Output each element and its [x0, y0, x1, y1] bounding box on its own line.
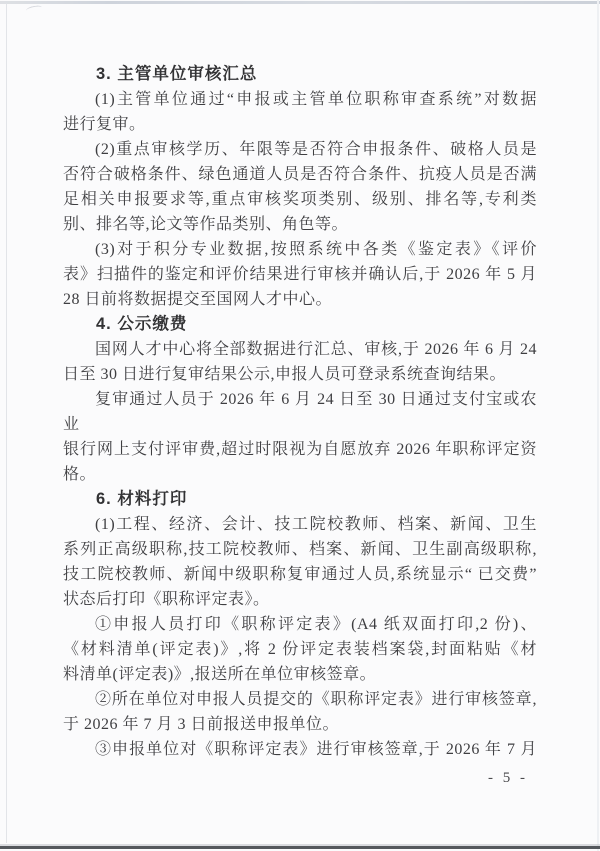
paragraph: (3)对于积分专业数据,按照系统中各类《鉴定表》《评价表》扫描件的鉴定和评价结果…: [63, 237, 537, 312]
text-line: (2)重点审核学历、年限等是否符合申报条件、破格人员是: [63, 137, 537, 162]
scan-edge-top: [0, 1, 600, 4]
page-number: - 5 -: [488, 770, 528, 787]
scan-edge-bottom: [0, 846, 600, 849]
text-line: 于 2026 年 7 月 3 日前报送申报单位。: [63, 712, 537, 737]
text-line: 足相关申报要求等,重点审核奖项类别、级别、排名等,专利类: [63, 187, 537, 212]
text-line: 系列正高级职称,技工院校教师、档案、新闻、卫生副高级职称,: [63, 537, 537, 562]
paragraph: (2)重点审核学历、年限等是否符合申报条件、破格人员是否符合破格条件、绿色通道人…: [63, 137, 537, 237]
section-heading: 4. 公示缴费: [63, 312, 537, 337]
text-line: 28 日前将数据提交至国网人才中心。: [63, 287, 537, 312]
text-line: 3. 主管单位审核汇总: [63, 62, 537, 87]
scan-edge-left: [6, 3, 7, 843]
text-line: 《材料清单(评定表)》,将 2 份评定表装档案袋,封面粘贴《材: [63, 637, 537, 662]
text-line: 表》扫描件的鉴定和评价结果进行审核并确认后,于 2026 年 5 月: [63, 262, 537, 287]
text-line: 料清单(评定表)》,报送所在单位审核签章。: [63, 662, 537, 687]
text-line: 进行复审。: [63, 112, 537, 137]
section-heading: 3. 主管单位审核汇总: [63, 62, 537, 87]
section-heading: 6. 材料打印: [63, 487, 537, 512]
text-line: ②所在单位对申报人员提交的《职称评定表》进行审核签章,: [63, 687, 537, 712]
paragraph: (1)主管单位通过“申报或主管单位职称审查系统”对数据进行复审。: [63, 87, 537, 137]
text-line: 别、排名等,论文等作品类别、角色等。: [63, 212, 537, 237]
scan-corner-mark: [26, 5, 43, 13]
text-line: 状态后打印《职称评定表》。: [63, 587, 537, 612]
paragraph: (1)工程、经济、会计、技工院校教师、档案、新闻、卫生系列正高级职称,技工院校教…: [63, 512, 537, 612]
scan-edge-right: [597, 0, 599, 851]
text-line: 日至 30 日进行复审结果公示,申报人员可登录系统查询结果。: [63, 362, 537, 387]
text-line: (3)对于积分专业数据,按照系统中各类《鉴定表》《评价: [63, 237, 537, 262]
text-line: 复审通过人员于 2026 年 6 月 24 日至 30 日通过支付宝或农业: [63, 387, 537, 437]
text-line: ①申报人员打印《职称评定表》(A4 纸双面打印,2 份)、: [63, 612, 537, 637]
document-body: 3. 主管单位审核汇总(1)主管单位通过“申报或主管单位职称审查系统”对数据进行…: [63, 62, 537, 762]
text-line: 技工院校教师、新闻中级职称复审通过人员,系统显示“ 已交费”: [63, 562, 537, 587]
text-line: 国网人才中心将全部数据进行汇总、审核,于 2026 年 6 月 24: [63, 337, 537, 362]
text-line: 格。: [63, 462, 537, 487]
scanned-document-page: 3. 主管单位审核汇总(1)主管单位通过“申报或主管单位职称审查系统”对数据进行…: [0, 0, 600, 851]
paragraph: ①申报人员打印《职称评定表》(A4 纸双面打印,2 份)、《材料清单(评定表)》…: [63, 612, 537, 687]
paragraph: 复审通过人员于 2026 年 6 月 24 日至 30 日通过支付宝或农业银行网…: [63, 387, 537, 487]
text-line: (1)工程、经济、会计、技工院校教师、档案、新闻、卫生: [63, 512, 537, 537]
text-line: 否符合破格条件、绿色通道人员是否符合条件、抗疫人员是否满: [63, 162, 537, 187]
text-line: 银行网上支付评审费,超过时限视为自愿放弃 2026 年职称评定资: [63, 437, 537, 462]
paragraph: ③申报单位对《职称评定表》进行审核签章,于 2026 年 7 月: [63, 737, 537, 762]
text-line: 6. 材料打印: [63, 487, 537, 512]
paragraph: 国网人才中心将全部数据进行汇总、审核,于 2026 年 6 月 24日至 30 …: [63, 337, 537, 387]
text-line: 4. 公示缴费: [63, 312, 537, 337]
paragraph: ②所在单位对申报人员提交的《职称评定表》进行审核签章,于 2026 年 7 月 …: [63, 687, 537, 737]
text-line: (1)主管单位通过“申报或主管单位职称审查系统”对数据: [63, 87, 537, 112]
text-line: ③申报单位对《职称评定表》进行审核签章,于 2026 年 7 月: [63, 737, 537, 762]
